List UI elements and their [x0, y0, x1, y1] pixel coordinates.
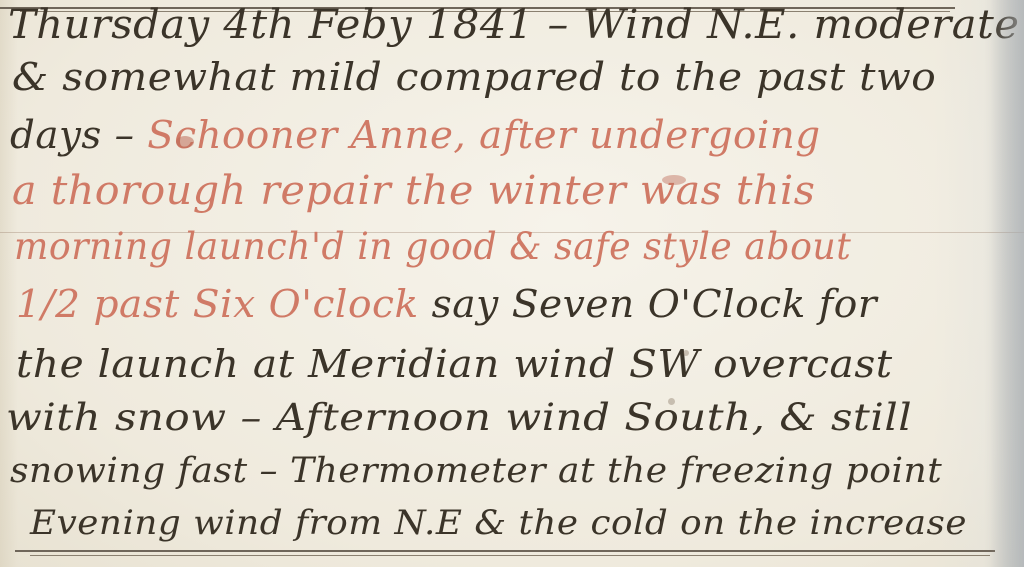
line-3-text-b: Schooner Anne, after undergoing	[147, 113, 820, 157]
line-3-text-a: days –	[10, 113, 147, 157]
entry-line-10: Evening wind from N.E & the cold on the …	[30, 503, 967, 543]
line-4-text: a thorough repair the winter was this	[12, 168, 815, 214]
line-2-text: & somewhat mild compared to the past two	[12, 55, 936, 99]
ink-blot	[176, 136, 194, 148]
entry-line-3: days – Schooner Anne, after undergoing	[10, 113, 821, 157]
line-6-text-a: 1/2 past Six O'clock	[16, 282, 432, 326]
entry-line-9: snowing fast – Thermometer at the freezi…	[10, 451, 942, 491]
line-6-text-b: say Seven O'Clock for	[432, 282, 877, 326]
entry-line-6: 1/2 past Six O'clock say Seven O'Clock f…	[16, 282, 877, 326]
ink-blot	[662, 175, 686, 185]
line-8-text: with snow – Afternoon wind South, & stil…	[6, 396, 912, 439]
bottom-rule	[15, 550, 995, 552]
line-7-text: the launch at Meridian wind SW overcast	[16, 342, 893, 386]
entry-line-1: Thursday 4th Feby 1841 – Wind N.E. moder…	[8, 2, 1019, 48]
entry-line-7: the launch at Meridian wind SW overcast	[16, 342, 893, 386]
line-10-text: Evening wind from N.E & the cold on the …	[30, 503, 967, 543]
entry-line-2: & somewhat mild compared to the past two	[12, 55, 936, 99]
line-5-text: morning launch'd in good & safe style ab…	[14, 225, 851, 268]
ink-speck	[683, 350, 689, 356]
page-edge-shadow	[990, 0, 1024, 567]
line-1-text: Thursday 4th Feby 1841 – Wind N.E. moder…	[8, 2, 1019, 48]
line-9-text: snowing fast – Thermometer at the freezi…	[10, 451, 942, 491]
bottom-rule-inner	[30, 555, 990, 556]
entry-line-4: a thorough repair the winter was this	[12, 168, 815, 214]
entry-line-8: with snow – Afternoon wind South, & stil…	[6, 396, 912, 439]
ink-speck	[668, 398, 675, 405]
entry-line-5: morning launch'd in good & safe style ab…	[14, 225, 851, 268]
